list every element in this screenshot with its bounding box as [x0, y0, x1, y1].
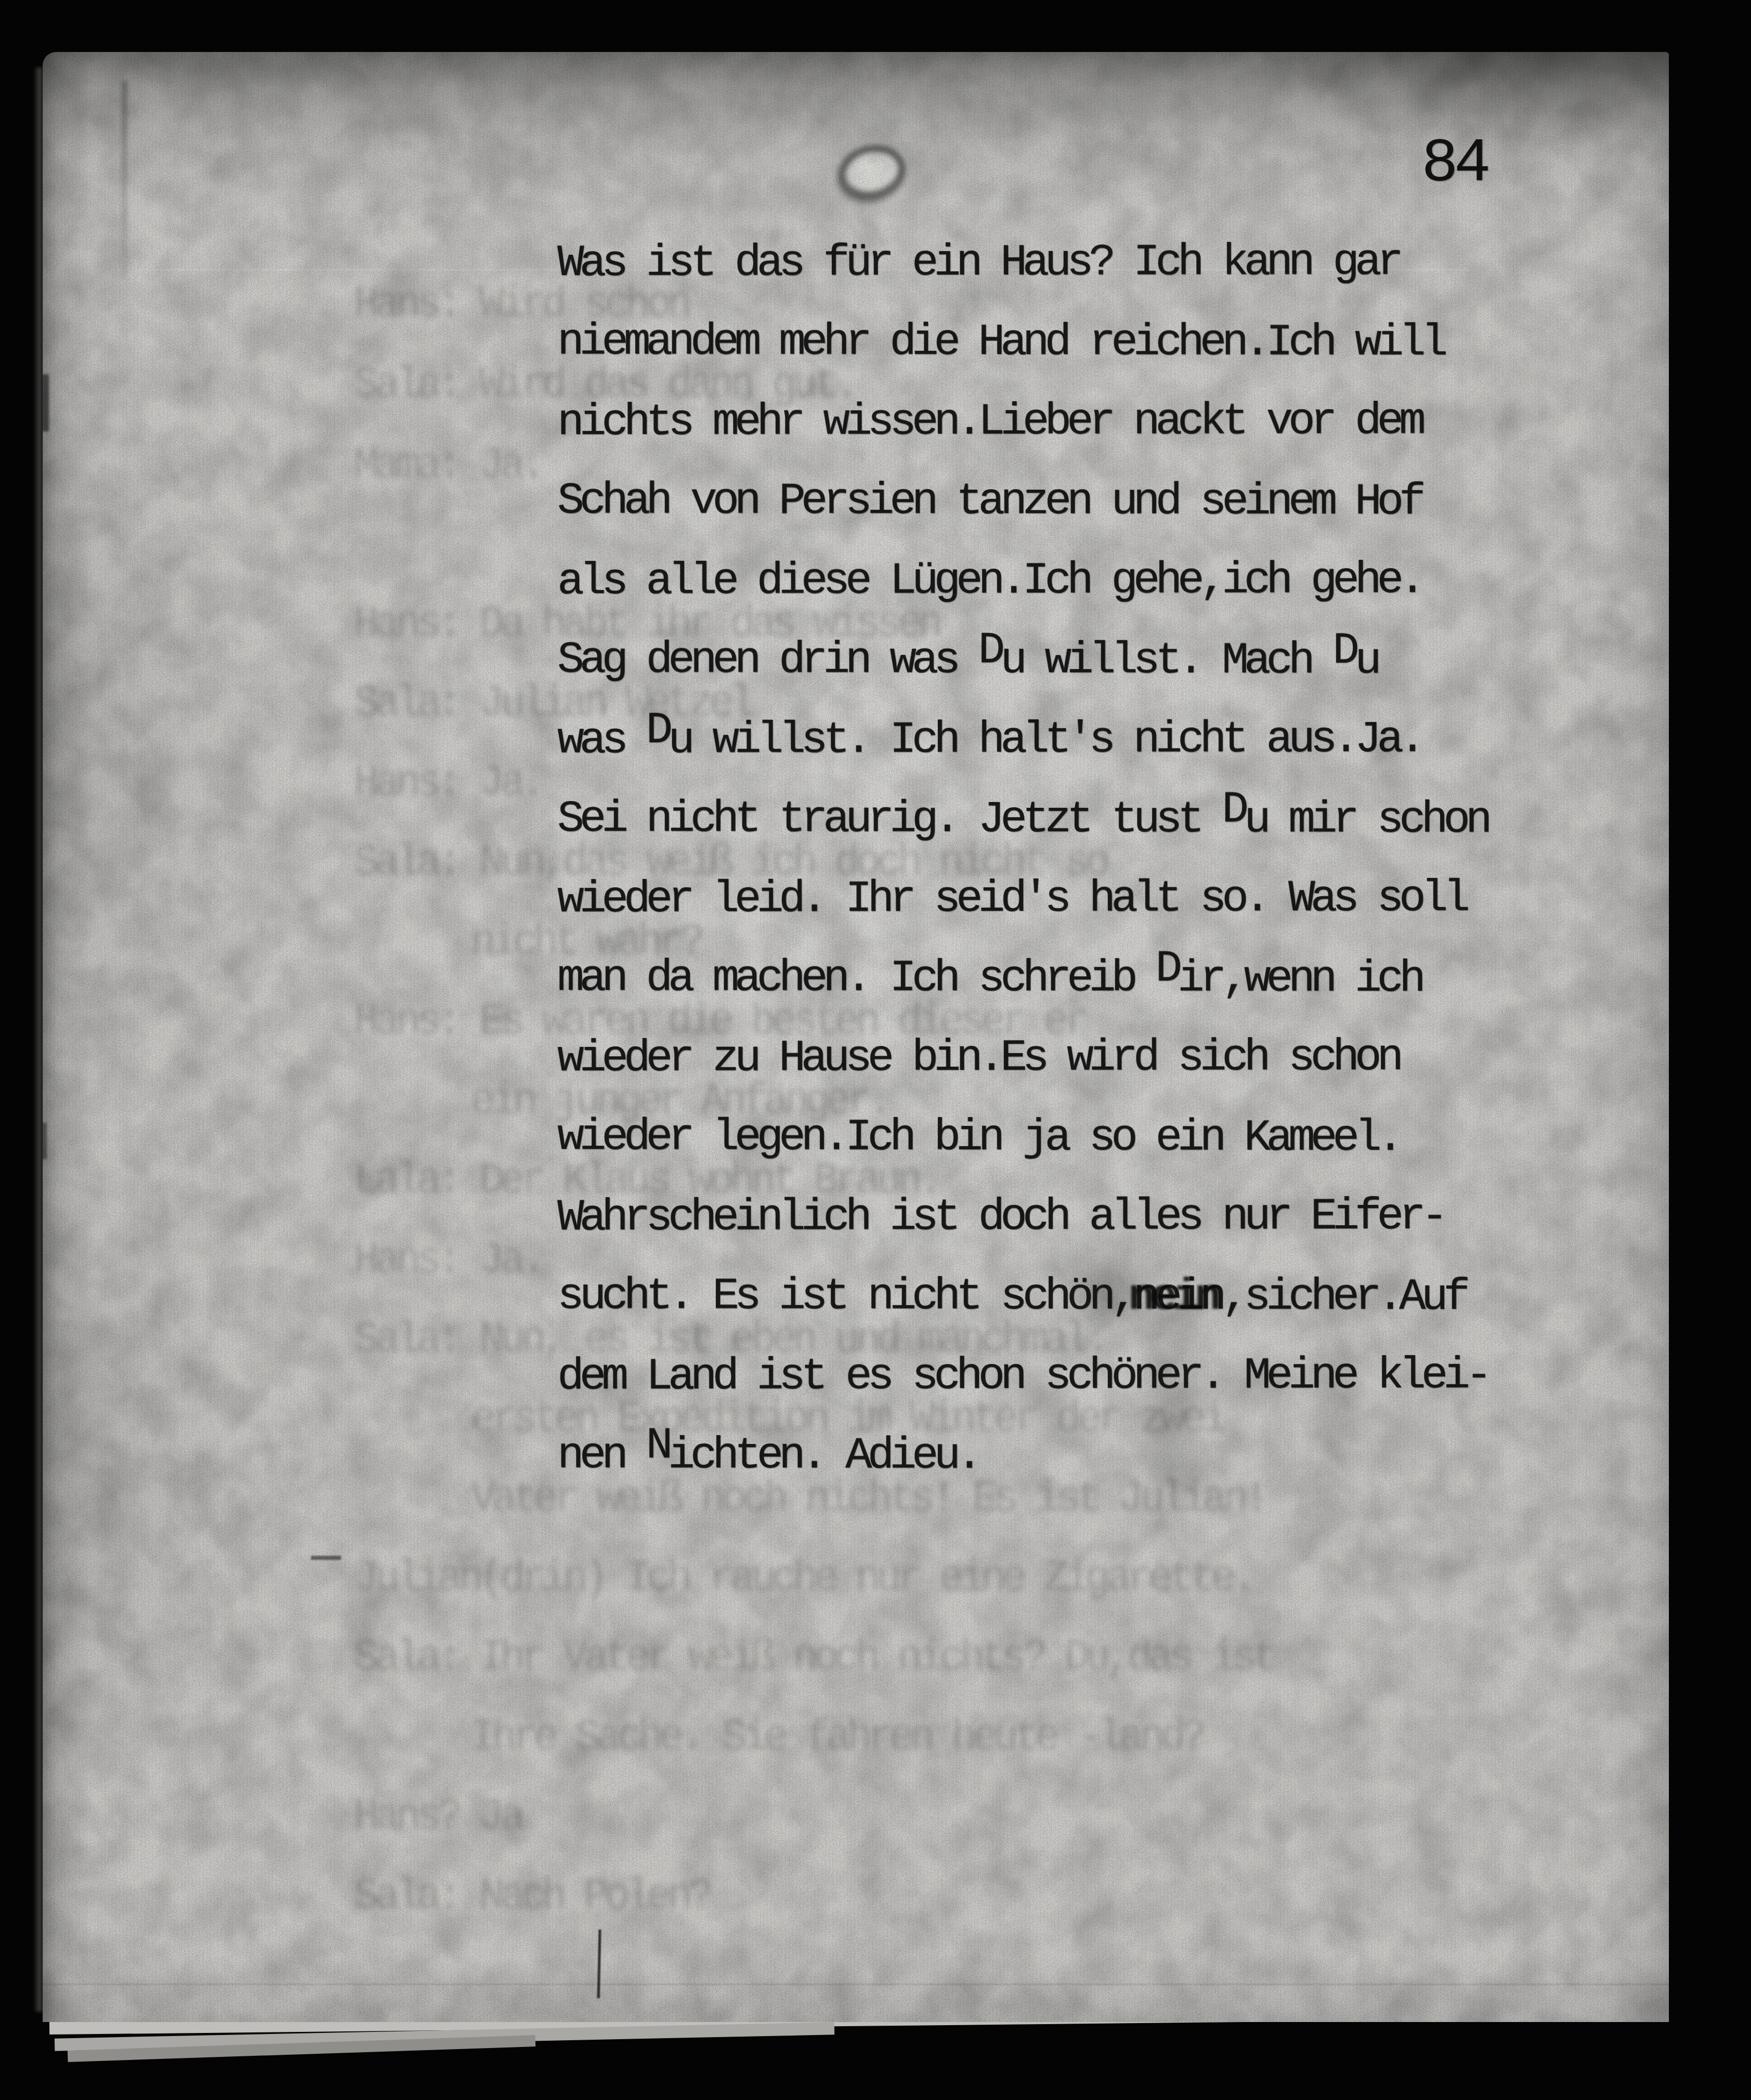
scanned-photo-background: Hans: Wird schonSala: Wird das dann gut.… [0, 0, 1751, 2100]
paper-grain [43, 52, 1669, 2022]
manuscript-page: Hans: Wird schonSala: Wird das dann gut.… [43, 52, 1669, 2022]
left-page-edge [33, 68, 42, 2012]
